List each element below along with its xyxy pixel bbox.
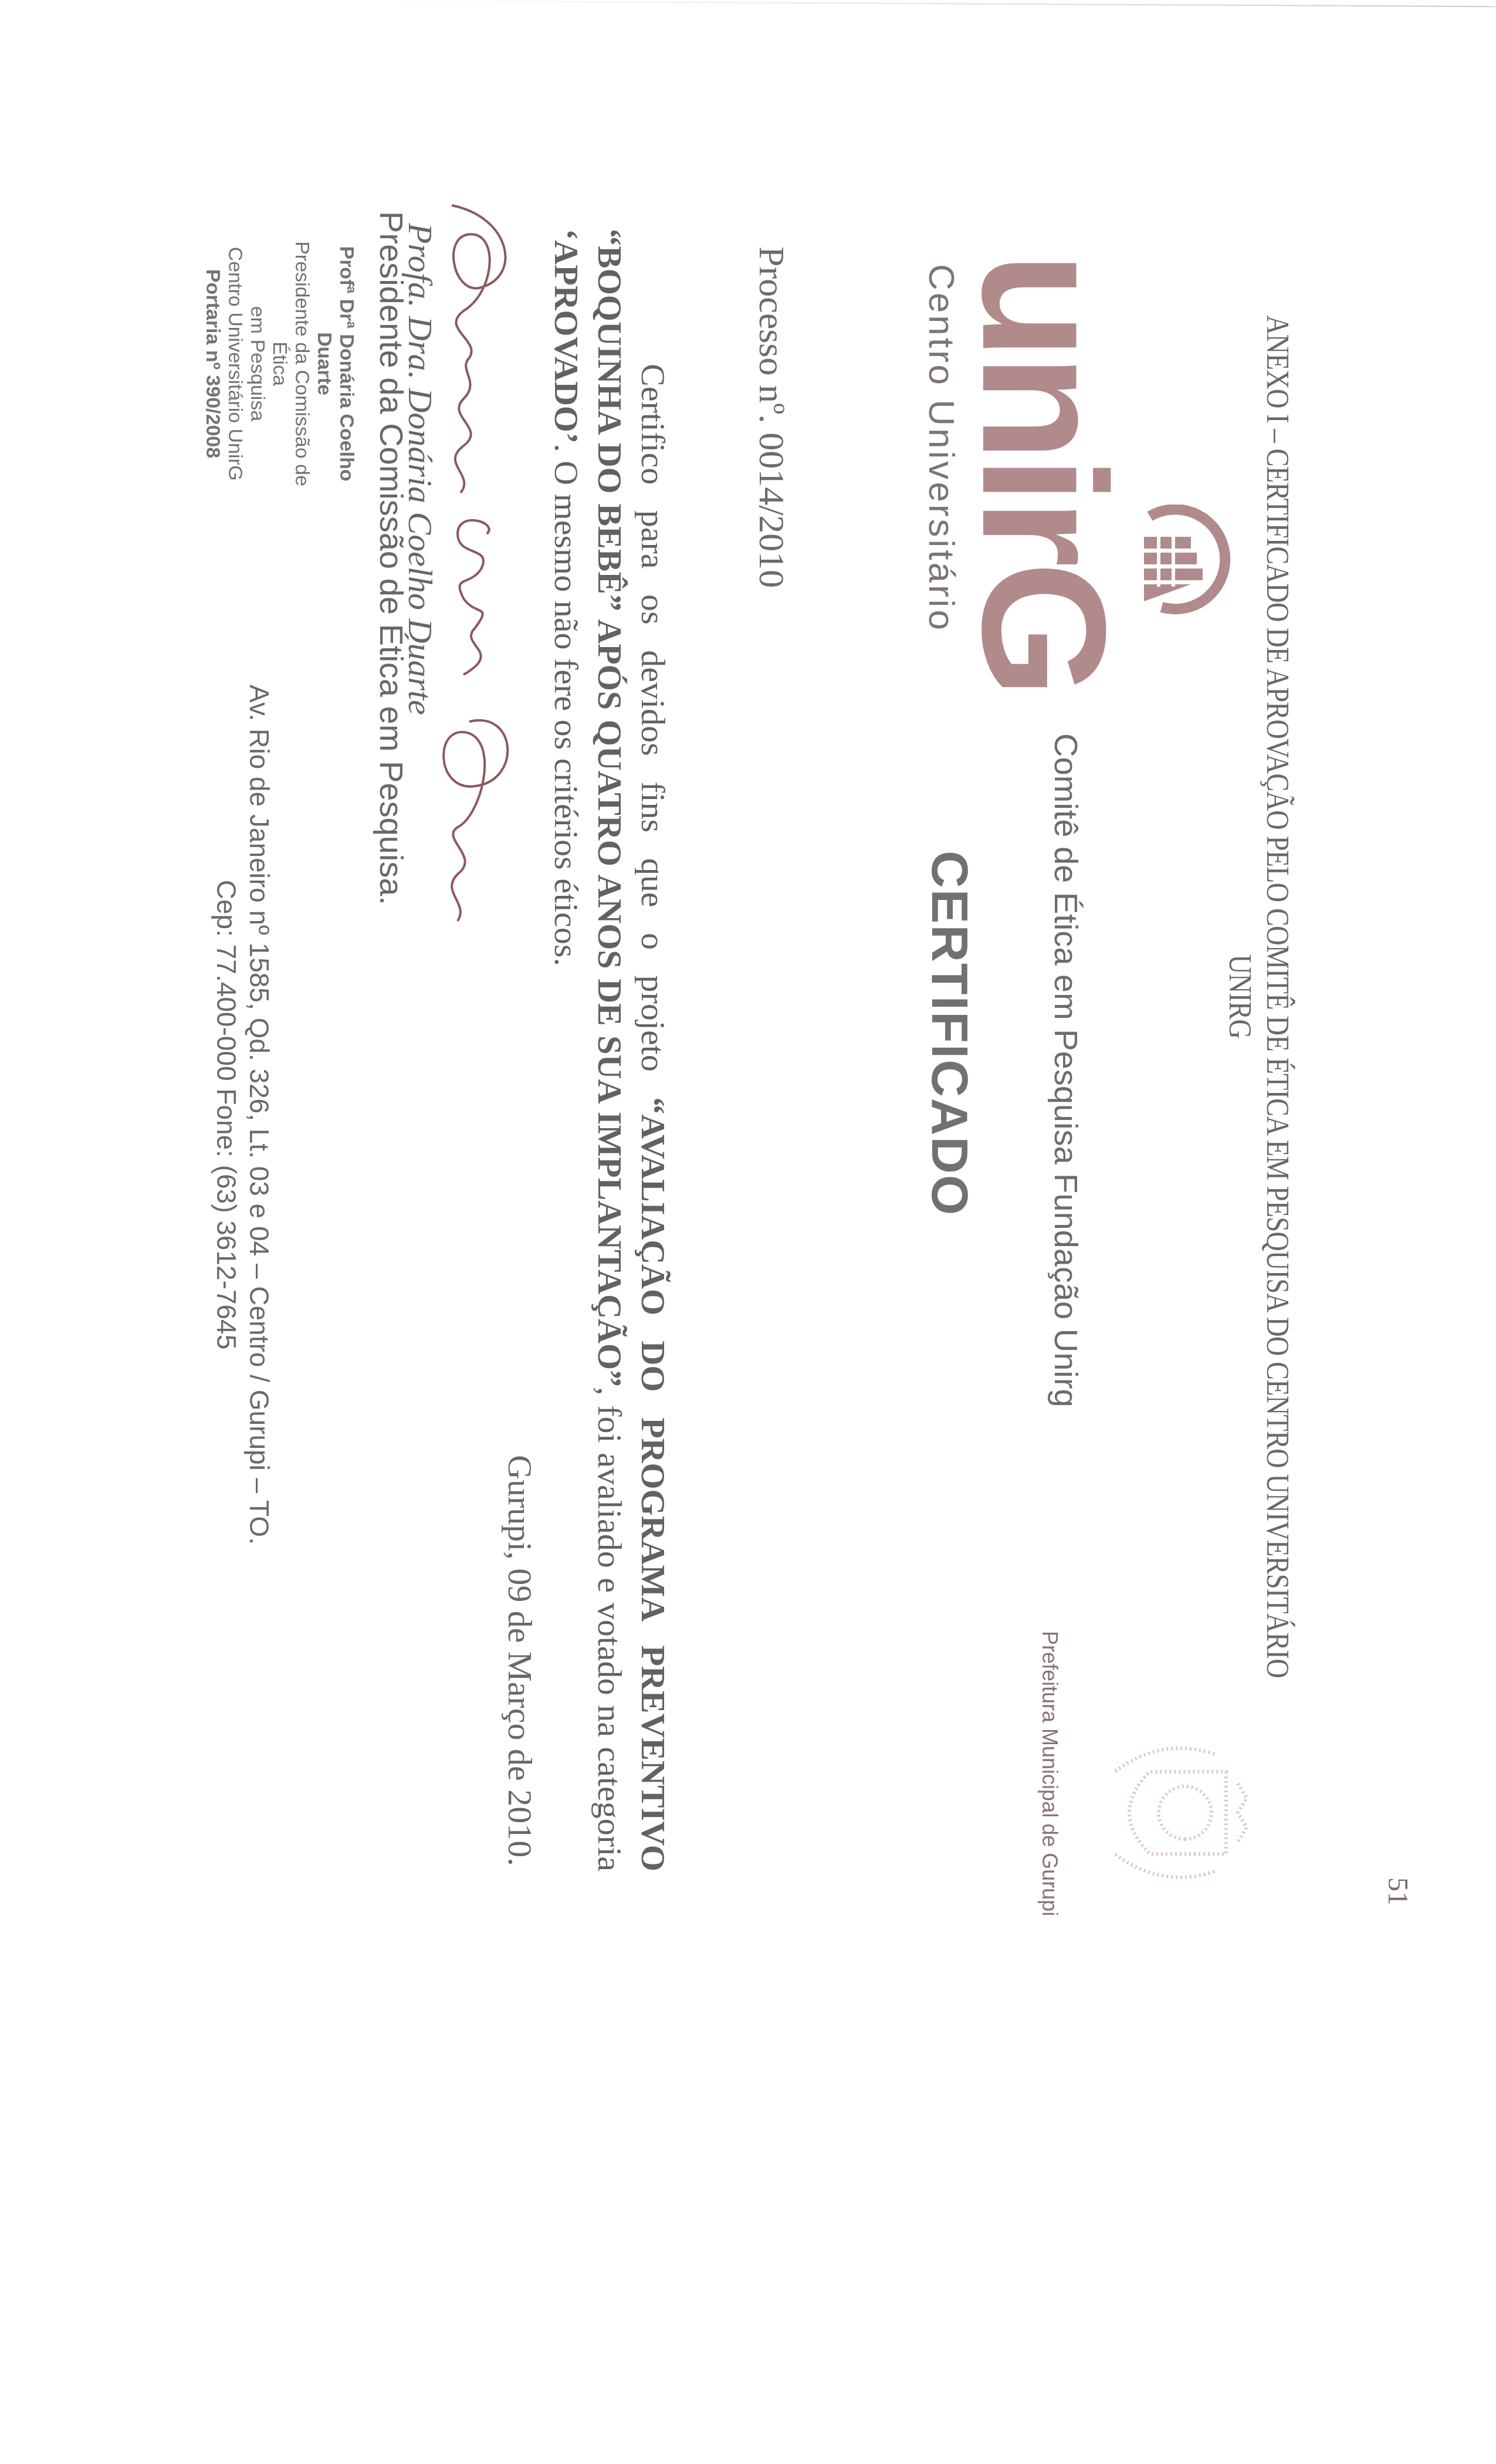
stamp-line3: em Pesquisa bbox=[246, 223, 269, 505]
footer-street: Av. Rio de Janeiro nº 1585, Qd. 326, Lt.… bbox=[243, 528, 276, 1701]
stamp-line5: Portaria nº 390/2008 bbox=[202, 223, 224, 505]
annex-title-line1: ANEXO I – CERTIFICADO DE APROVAÇÃO PELO … bbox=[1260, 315, 1295, 1678]
unirg-subtitle: Centro Universitário bbox=[920, 264, 962, 632]
stamp-line4: Centro Universitário UnirG bbox=[224, 223, 246, 505]
process-number: Processo nº. 0014/2010 bbox=[750, 246, 792, 588]
gurupi-coat-of-arms-icon bbox=[1074, 1719, 1250, 1907]
prefeitura-label: Prefeitura Municipal de Gurupi bbox=[1037, 1631, 1062, 1916]
certificate-page: 51 ANEXO I – CERTIFICADO DE APROVAÇÃO PE… bbox=[0, 0, 1496, 2464]
footer-contact: Cep: 77.400-000 Fone: (63) 3612-7645 bbox=[210, 528, 243, 1701]
page-number: 51 bbox=[1382, 1877, 1414, 1905]
committee-name: Comitê de Ética em Pesquisa Fundação Uni… bbox=[1047, 733, 1085, 1407]
official-stamp: Profª Drª Donária Coelho Duarte Presiden… bbox=[202, 223, 358, 505]
certificate-body: Certifico para os devidos fins que o pro… bbox=[544, 229, 675, 1871]
date-line: Gurupi, 09 de Março de 2010. bbox=[500, 1455, 540, 1866]
body-closing: . O mesmo não fere os critérios éticos. bbox=[547, 444, 585, 966]
prefeitura-logo: Prefeitura Municipal de Gurupi bbox=[968, 1631, 1250, 2030]
footer-address: Av. Rio de Janeiro nº 1585, Qd. 326, Lt.… bbox=[210, 528, 276, 1701]
stamp-line2: Presidente da Comissão de Ética bbox=[269, 223, 313, 505]
unirg-wordmark: unirG bbox=[956, 252, 1132, 692]
unirg-logo: unirG Centro Universitário bbox=[851, 252, 1238, 675]
certificate-title: CERTIFICADO bbox=[920, 851, 980, 1216]
body-lead: Certifico para os devidos fins que o pro… bbox=[634, 364, 672, 1097]
signatory-role: Presidente da Comissão de Ética em Pesqu… bbox=[373, 211, 411, 905]
stamp-line1: Profª Drª Donária Coelho Duarte bbox=[313, 223, 358, 505]
body-middle: , foi avaliado e votado na categoria bbox=[591, 1387, 629, 1871]
approval-category: ‘APROVADO’ bbox=[547, 229, 585, 444]
